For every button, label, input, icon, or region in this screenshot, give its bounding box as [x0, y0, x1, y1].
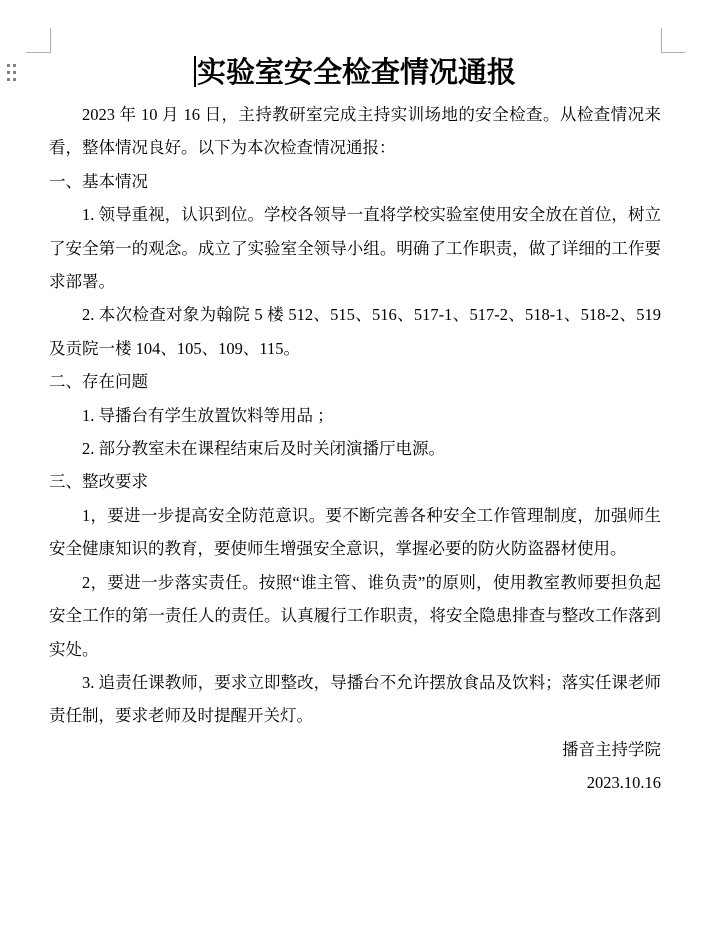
drag-handle-dot: [7, 71, 10, 74]
paragraph[interactable]: 2023 年 10 月 16 日，主持教研室完成主持实训场地的安全检查。从检查情…: [49, 98, 661, 165]
section-heading[interactable]: 一、基本情况: [49, 165, 661, 198]
drag-handle-dot: [7, 64, 10, 67]
document-page: 实验室安全检查情况通报 2023 年 10 月 16 日，主持教研室完成主持实训…: [0, 0, 705, 930]
signature-line[interactable]: 播音主持学院: [49, 733, 661, 766]
drag-handle-dot: [13, 64, 16, 67]
document-blocks: 2023 年 10 月 16 日，主持教研室完成主持实训场地的安全检查。从检查情…: [49, 98, 661, 800]
section-heading[interactable]: 二、存在问题: [49, 365, 661, 398]
paragraph[interactable]: 1，要进一步提高安全防范意识。要不断完善各种安全工作管理制度，加强师生安全健康知…: [49, 499, 661, 566]
paragraph[interactable]: 2. 本次检查对象为翰院 5 楼 512、515、516、517-1、517-2…: [49, 298, 661, 365]
document-title-line[interactable]: 实验室安全检查情况通报: [49, 50, 661, 96]
paragraph[interactable]: 3. 追责任课教师，要求立即整改，导播台不允许摆放食品及饮料；落实任课老师责任制…: [49, 666, 661, 733]
paragraph[interactable]: 1. 领导重视，认识到位。学校各领导一直将学校实验室使用安全放在首位，树立了安全…: [49, 198, 661, 298]
signature-line[interactable]: 2023.10.16: [49, 766, 661, 799]
drag-handle-dot: [13, 78, 16, 81]
text-boundary-corner-top-left: [26, 28, 51, 53]
text-boundary-corner-top-right: [661, 28, 685, 53]
drag-handle-dot: [7, 78, 10, 81]
paragraph[interactable]: 2. 部分教室未在课程结束后及时关闭演播厅电源。: [49, 432, 661, 465]
document-text-area: 实验室安全检查情况通报 2023 年 10 月 16 日，主持教研室完成主持实训…: [49, 50, 661, 800]
paragraph[interactable]: 2，要进一步落实责任。按照“谁主管、谁负责”的原则，使用教室教师要担负起安全工作…: [49, 566, 661, 666]
paragraph-drag-handle-icon[interactable]: [7, 64, 16, 81]
text-cursor-icon: [194, 56, 196, 87]
paragraph[interactable]: 1. 导播台有学生放置饮料等用品 ；: [49, 399, 661, 432]
document-title[interactable]: 实验室安全检查情况通报: [197, 57, 516, 89]
drag-handle-dot: [13, 71, 16, 74]
section-heading[interactable]: 三、整改要求: [49, 465, 661, 498]
